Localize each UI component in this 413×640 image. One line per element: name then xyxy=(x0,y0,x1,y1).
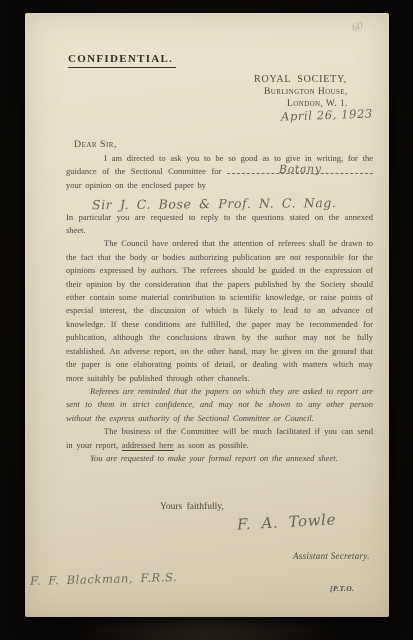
letter-body: I am directed to ask you to be so good a… xyxy=(66,152,373,465)
handwritten-date: April 26, 1923 xyxy=(281,106,373,123)
committee-name-handwritten: Botany xyxy=(241,162,322,177)
paragraph-request: I am directed to ask you to be so good a… xyxy=(66,152,373,192)
authors-handwritten: Sir J. C. Bose & Prof. N. C. Nag. xyxy=(92,196,373,212)
addressed-here-underlined: addressed here xyxy=(122,440,174,452)
closing-valediction: Yours faithfully, xyxy=(160,502,224,512)
paragraph-send-report: The business of the Committee will be mu… xyxy=(66,425,373,452)
confidential-stamp: CONFIDENTIAL. xyxy=(68,53,176,68)
paragraph-request-after: your opinion on the enclosed paper by xyxy=(66,180,206,190)
letterhead-society: ROYAL SOCIETY, xyxy=(254,74,348,86)
addressee-handwritten: F. F. Blackman, F.R.S. xyxy=(30,570,178,588)
letter-paper: 60 CONFIDENTIAL. ROYAL SOCIETY, Burlingt… xyxy=(25,13,389,617)
paragraph-formal-report: You are requested to make your formal re… xyxy=(66,452,373,465)
signature-handwritten: F. A. Towle xyxy=(237,510,337,533)
salutation: Dear Sir, xyxy=(74,139,117,150)
paragraph-questions: In particular you are requested to reply… xyxy=(66,211,373,238)
letterhead-block: ROYAL SOCIETY, Burlington House, London,… xyxy=(254,74,348,110)
paragraph-confidence-notice: Referees are reminded that the papers on… xyxy=(66,385,373,425)
pto-note: [P.T.O. xyxy=(330,584,355,593)
committee-blank-line: Botany xyxy=(227,165,373,174)
paragraph-send-report-after: as soon as possible. xyxy=(177,440,248,450)
signer-title: Assistant Secretary. xyxy=(293,551,370,561)
letterhead-address-house: Burlington House, xyxy=(264,86,348,98)
pencil-annotation: 60 xyxy=(350,20,364,35)
paragraph-council-orders: The Council have ordered that the attent… xyxy=(66,237,373,384)
